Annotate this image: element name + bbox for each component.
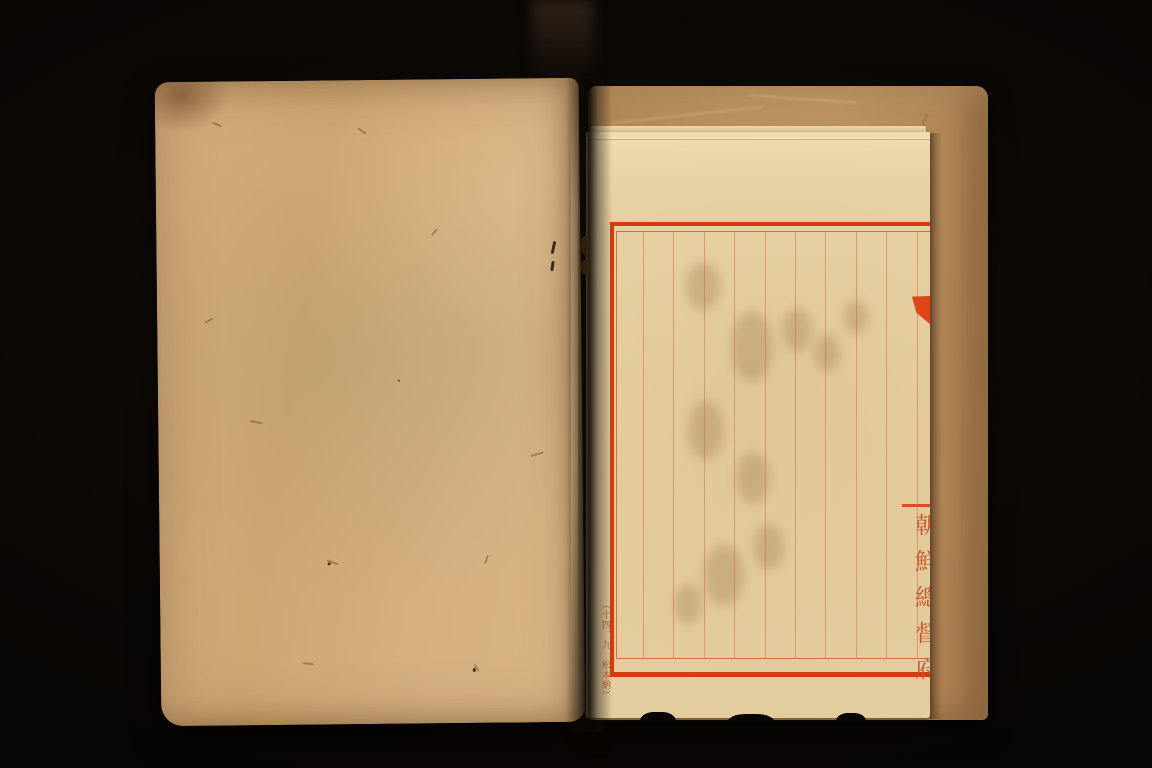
fiber: [431, 229, 437, 236]
deckle-notch: [640, 712, 676, 722]
blotch: [674, 584, 702, 624]
column-line: [643, 232, 644, 658]
blotch: [782, 308, 812, 352]
frame-inner-line-bottom: [616, 658, 930, 659]
left-cover-page: [155, 78, 586, 726]
sheet-edge-line: [586, 139, 930, 140]
photo: 朝鮮總督府 （十四、九 松本納）: [0, 0, 1152, 768]
fold-edge-shadow: [930, 133, 942, 719]
speck: [328, 562, 331, 565]
frame-inner-line-left: [616, 231, 617, 659]
ruled-sheet: 朝鮮總督府 （十四、九 松本納）: [586, 132, 930, 718]
blotch: [736, 452, 770, 504]
crease: [612, 106, 761, 124]
column-line: [673, 232, 674, 658]
blotch: [686, 262, 720, 310]
ruled-frame: [610, 222, 930, 677]
fiber: [531, 452, 544, 457]
column-line: [765, 232, 766, 658]
blotch: [688, 400, 724, 460]
fiber: [250, 420, 262, 424]
column-line: [886, 232, 887, 658]
blotch: [844, 300, 868, 334]
deckle-notch: [836, 713, 866, 722]
ink-mark: [581, 236, 590, 255]
ink-mark: [581, 260, 590, 275]
speck: [398, 380, 400, 382]
fiber: [204, 317, 213, 323]
blotch: [704, 544, 744, 606]
fiber: [212, 122, 222, 127]
column-line: [795, 232, 796, 658]
fiber: [303, 662, 314, 665]
blotch: [814, 334, 840, 372]
fiber: [484, 555, 488, 564]
gutter-shadow: [566, 74, 612, 732]
column-line: [825, 232, 826, 658]
deckle-notch: [728, 714, 774, 722]
blotch: [754, 524, 784, 570]
blotch: [731, 312, 773, 382]
crease: [748, 94, 858, 104]
fold-divider-line: [902, 504, 930, 507]
fiber: [358, 127, 367, 134]
column-line: [856, 232, 857, 658]
speck: [473, 668, 476, 672]
frame-inner-line-top: [616, 231, 930, 232]
fold-label: 朝鮮總督府: [912, 513, 930, 718]
